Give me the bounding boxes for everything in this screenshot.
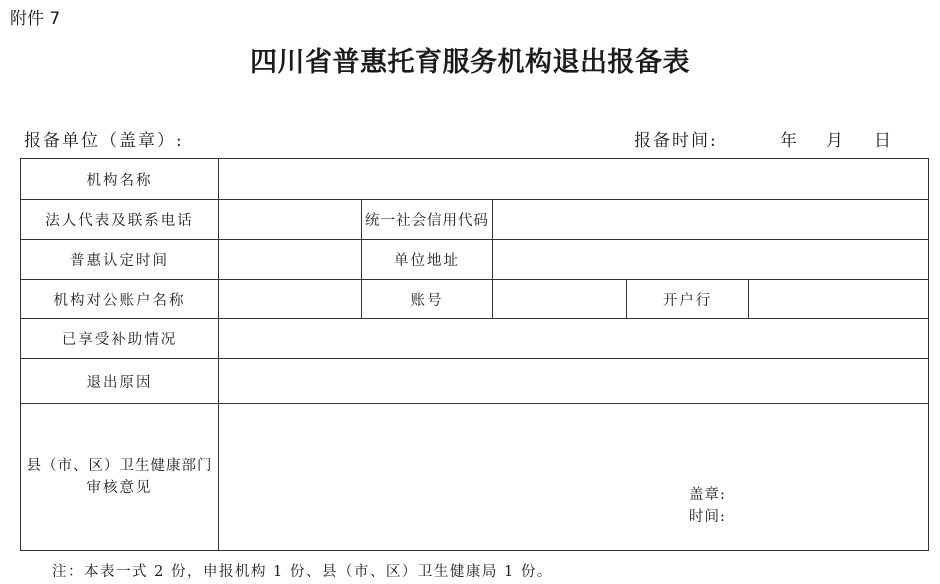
inclusive-date-field[interactable] (219, 240, 362, 280)
row-legal-rep: 法人代表及联系电话 统一社会信用代码 (21, 200, 929, 240)
review-label-line1: 县（市、区）卫生健康部门 (21, 455, 218, 477)
account-number-field[interactable] (493, 280, 627, 319)
row-inclusive-date: 普惠认定时间 单位地址 (21, 240, 929, 280)
credit-code-label: 统一社会信用代码 (362, 200, 493, 240)
subsidy-label: 已享受补助情况 (21, 319, 219, 359)
bank-label: 开户行 (627, 280, 749, 319)
month-label: 月 (826, 126, 845, 151)
row-account: 机构对公账户名称 账号 开户行 (21, 280, 929, 319)
exit-filing-form: 机构名称 法人代表及联系电话 统一社会信用代码 普惠认定时间 单位地址 机构对公… (20, 158, 929, 551)
exit-reason-label: 退出原因 (21, 359, 219, 404)
review-label: 县（市、区）卫生健康部门 审核意见 (21, 404, 219, 551)
legal-rep-field[interactable] (219, 200, 362, 240)
row-exit-reason: 退出原因 (21, 359, 929, 404)
year-label: 年 (780, 126, 799, 151)
day-label: 日 (874, 126, 893, 151)
account-number-label: 账号 (362, 280, 493, 319)
reporting-time-label: 报备时间: (634, 131, 718, 151)
credit-code-field[interactable] (493, 200, 929, 240)
exit-reason-field[interactable] (219, 359, 929, 404)
row-subsidy: 已享受补助情况 (21, 319, 929, 359)
legal-rep-label: 法人代表及联系电话 (21, 200, 219, 240)
review-opinion-field[interactable]: 盖章: 时间: (219, 404, 929, 551)
page-title: 四川省普惠托育服务机构退出报备表 (0, 40, 940, 79)
row-review: 县（市、区）卫生健康部门 审核意见 盖章: 时间: (21, 404, 929, 551)
subsidy-field[interactable] (219, 319, 929, 359)
stamp-time-label: 时间: (689, 506, 726, 528)
account-name-field[interactable] (219, 280, 362, 319)
institution-name-field[interactable] (219, 159, 929, 200)
unit-address-label: 单位地址 (362, 240, 493, 280)
review-label-line2: 审核意见 (21, 477, 218, 499)
inclusive-date-label: 普惠认定时间 (21, 240, 219, 280)
row-institution-name: 机构名称 (21, 159, 929, 200)
unit-address-field[interactable] (493, 240, 929, 280)
footnote: 注：本表一式 2 份，申报机构 1 份、县（市、区）卫生健康局 1 份。 (52, 560, 553, 581)
stamp-label: 盖章: (689, 484, 726, 506)
account-name-label: 机构对公账户名称 (21, 280, 219, 319)
bank-field[interactable] (749, 280, 929, 319)
institution-name-label: 机构名称 (21, 159, 219, 200)
attachment-label: 附件 7 (10, 4, 60, 29)
reporting-time: 报备时间: 年 月 日 (634, 126, 718, 151)
reporting-unit-label: 报备单位（盖章）: (24, 126, 184, 151)
